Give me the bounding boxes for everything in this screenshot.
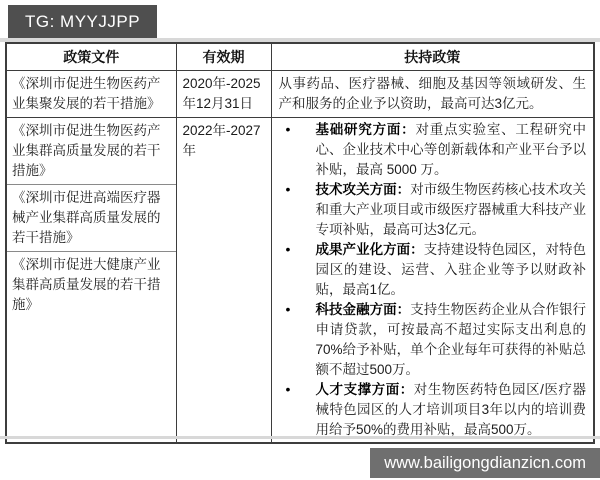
bullet-label: 人才支撑方面： <box>316 382 414 397</box>
policy-table: 政策文件 有效期 扶持政策 《深圳市促进生物医药产业集聚发展的若干措施》 202… <box>5 42 595 444</box>
policy-doc-cell: 《深圳市促进高端医疗器械产业集群高质量发展的若干措施》 <box>7 184 176 251</box>
validity-cell: 2022年-2027年 <box>177 118 271 164</box>
watermark-bar: www.bailigongdianzicn.com <box>370 448 600 478</box>
bullet-label: 科技金融方面： <box>316 302 411 317</box>
policy-bullet: •基础研究方面：对重点实验室、工程研究中心、企业技术中心等创新载体和产业平台予以… <box>272 120 587 180</box>
header-row: 政策文件 有效期 扶持政策 <box>6 43 594 71</box>
policy-bullet: •技术攻关方面：对市级生物医药核心技术攻关和重大产业项目或市级医疗器械重大科技产… <box>272 180 587 240</box>
bullet-icon: • <box>286 119 291 139</box>
validity-cell: 2020年-2025年12月31日 <box>177 71 271 117</box>
table-row: 《深圳市促进生物医药产业集聚发展的若干措施》 2020年-2025年12月31日… <box>6 71 594 118</box>
header-validity: 有效期 <box>176 43 271 71</box>
support-policy-bullet-list: •基础研究方面：对重点实验室、工程研究中心、企业技术中心等创新载体和产业平台予以… <box>272 120 594 442</box>
policy-doc-cell: 《深圳市促进生物医药产业集群高质量发展的若干措施》 <box>7 118 176 184</box>
tg-badge: TG: MYYJJPP <box>8 5 157 38</box>
bullet-icon: • <box>286 239 291 259</box>
table-bottom-shadow <box>0 436 600 439</box>
header-support-policy: 扶持政策 <box>271 43 594 71</box>
bullet-label: 基础研究方面： <box>316 122 416 137</box>
bullet-label: 成果产业化方面： <box>316 242 424 257</box>
page: { "badge": { "label": "TG: MYYJJPP" }, "… <box>0 0 600 480</box>
policy-doc-cell: 《深圳市促进大健康产业集群高质量发展的若干措施》 <box>7 251 176 318</box>
bullet-icon: • <box>286 179 291 199</box>
header-policy-file: 政策文件 <box>6 43 176 71</box>
policy-table-wrap: 政策文件 有效期 扶持政策 《深圳市促进生物医药产业集聚发展的若干措施》 202… <box>5 42 595 444</box>
table-row: 《深圳市促进生物医药产业集群高质量发展的若干措施》 《深圳市促进高端医疗器械产业… <box>6 118 594 444</box>
bullet-icon: • <box>286 299 291 319</box>
policy-doc-cell: 《深圳市促进生物医药产业集聚发展的若干措施》 <box>7 71 176 117</box>
bullet-icon: • <box>286 379 291 399</box>
policy-bullet: •科技金融方面：支持生物医药企业从合作银行申请贷款，可按最高不超过实际支出利息的… <box>272 300 587 380</box>
policy-bullet: •人才支撑方面：对生物医药特色园区/医疗器械特色园区的人才培训项目3年以内的培训… <box>272 380 587 440</box>
support-policy-cell: 从事药品、医疗器械、细胞及基因等领域研发、生产和服务的企业予以资助，最高可达3亿… <box>272 71 594 117</box>
bullet-label: 技术攻关方面： <box>316 182 411 197</box>
policy-bullet: •成果产业化方面：支持建设特色园区，对特色园区的建设、运营、入驻企业等予以财政补… <box>272 240 587 300</box>
